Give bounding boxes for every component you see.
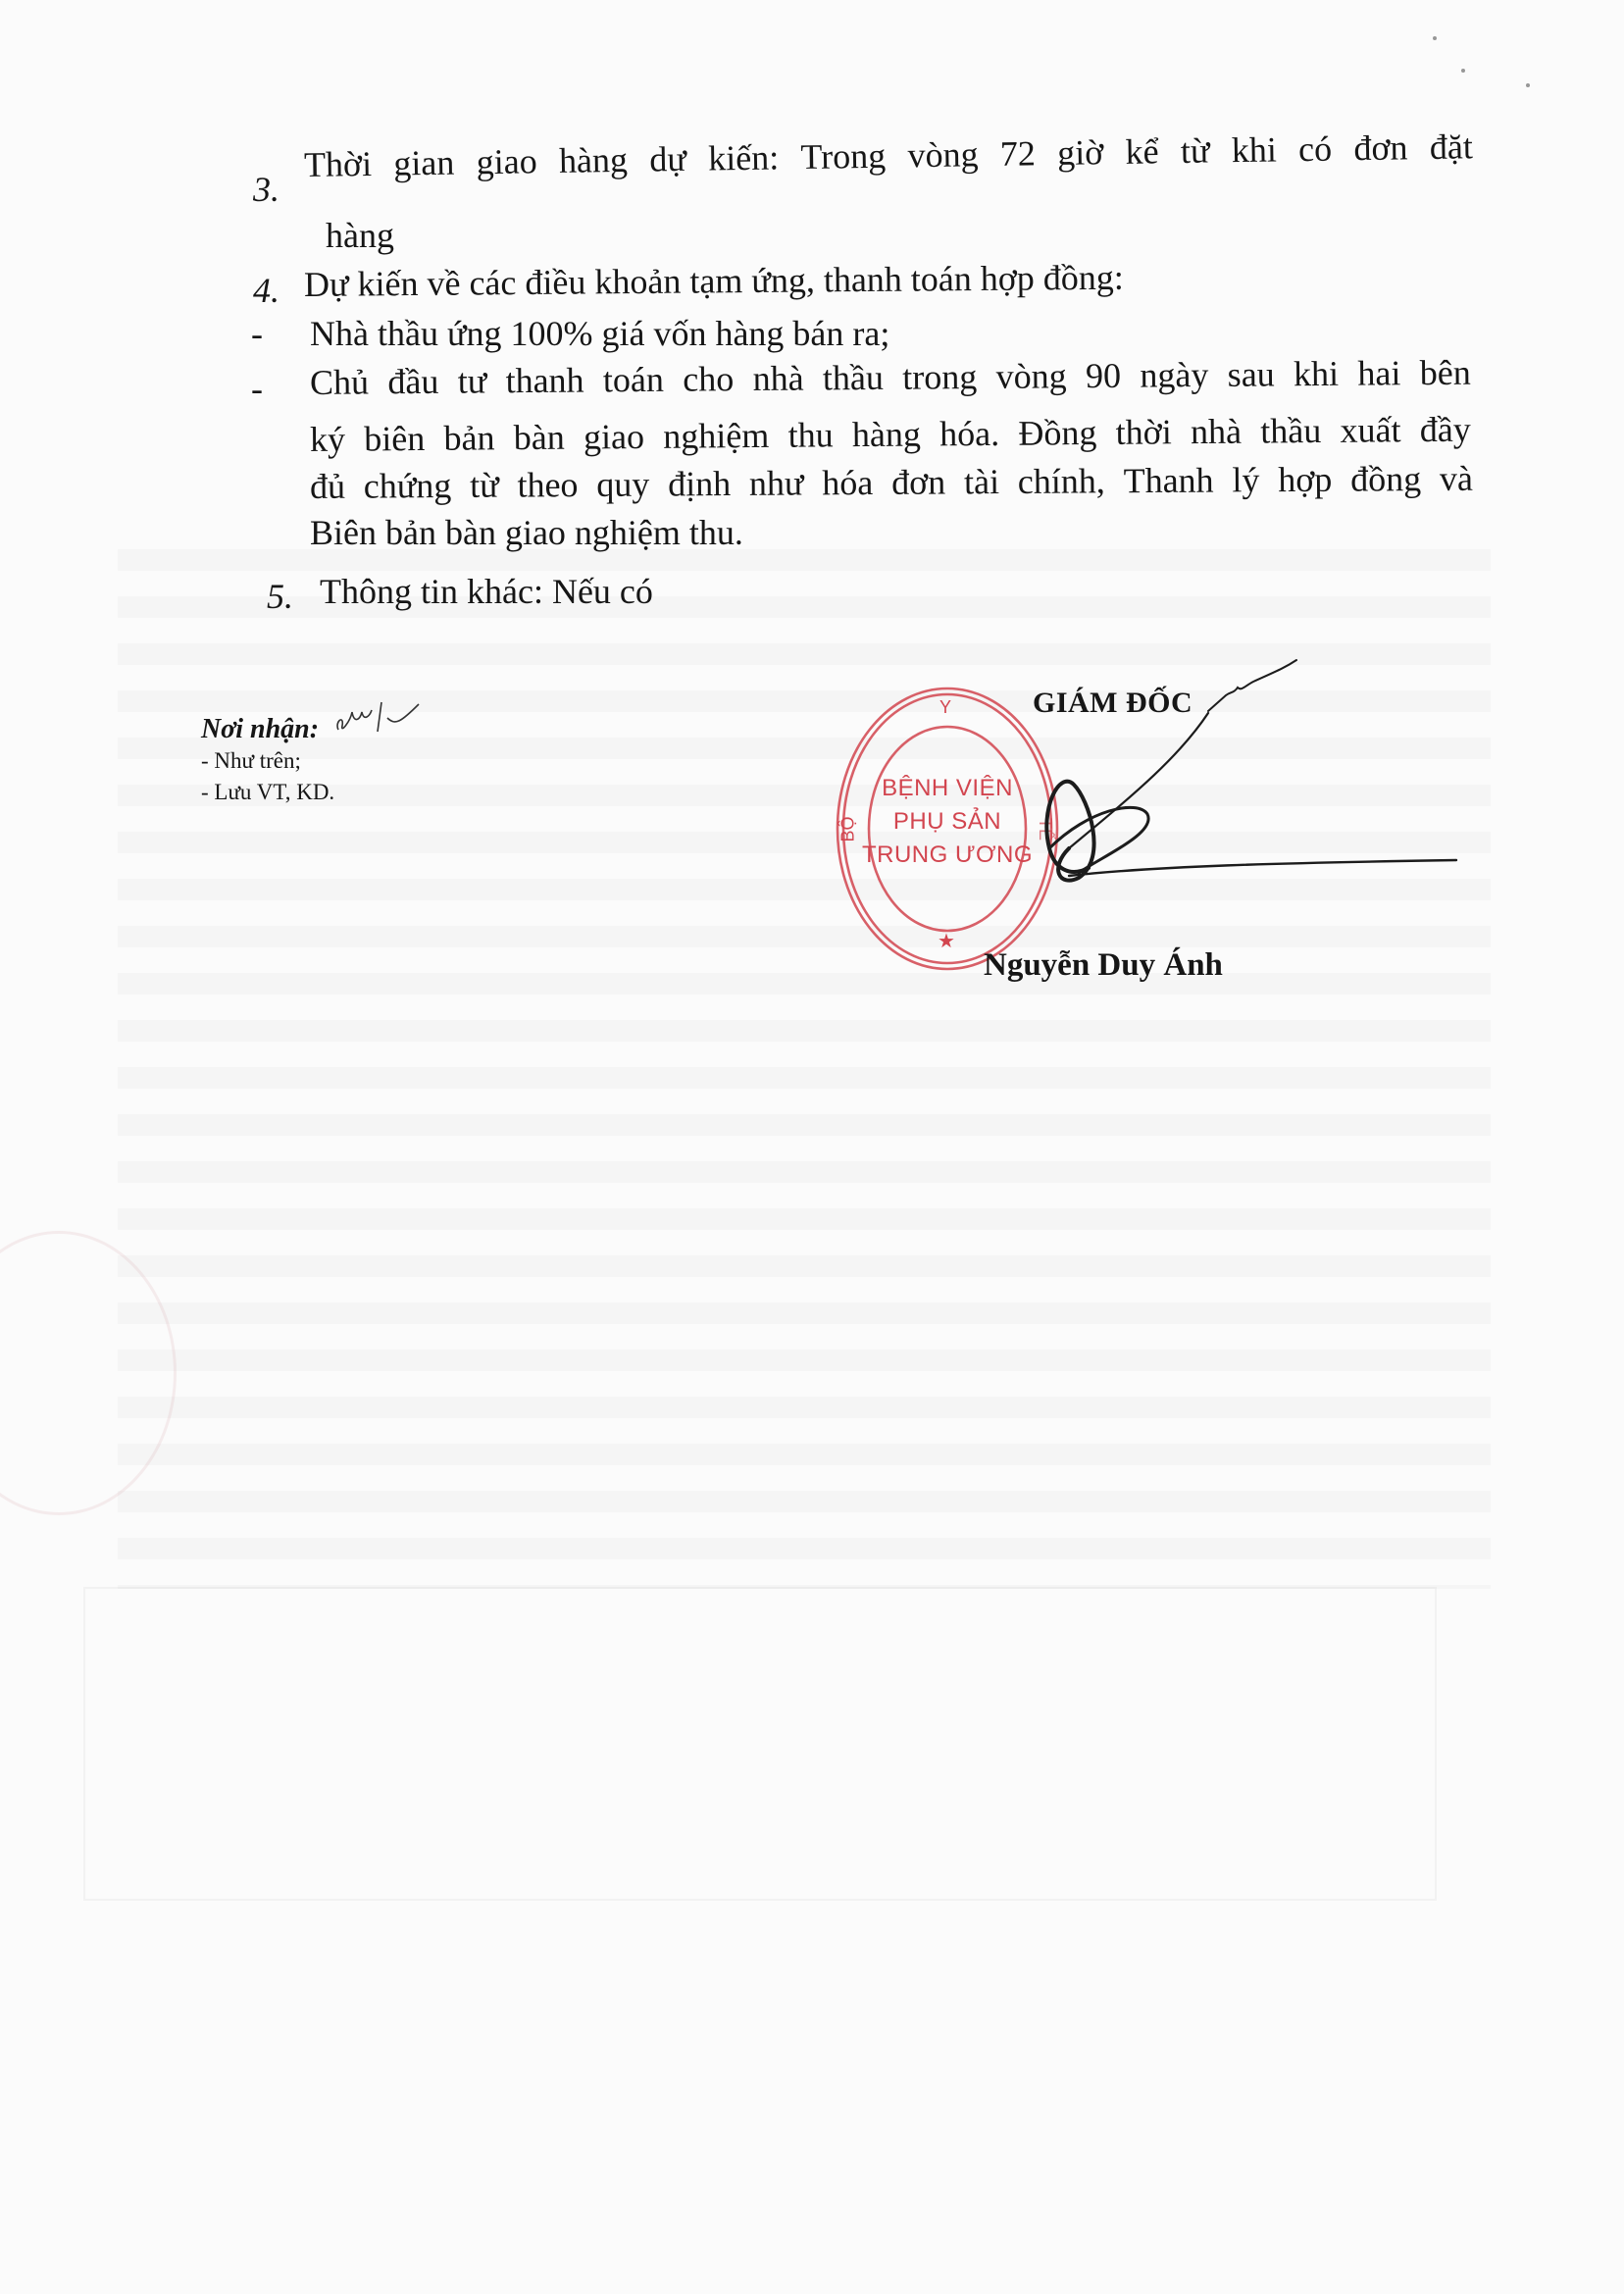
stamp-top-text: Y xyxy=(939,697,951,718)
bullet-marker: - xyxy=(251,371,263,406)
bullet-text-line: Nhà thầu ứng 100% giá vốn hàng bán ra; xyxy=(310,316,889,351)
recipient-item: - Như trên; xyxy=(201,745,334,777)
bullet-marker: - xyxy=(251,316,263,351)
item-number: 4. xyxy=(253,273,279,308)
scan-speck xyxy=(1526,83,1530,87)
initials-signature-icon xyxy=(330,692,429,741)
bullet-text-line: kýbiênbảnbàngiaonghiệmthuhànghóa.Đồngthờ… xyxy=(310,412,1471,457)
bullet-text-line: đủchứngtừtheoquyđịnhnhưhóađơntàichính,Th… xyxy=(310,461,1473,504)
stamp-star-icon: ★ xyxy=(938,929,955,953)
item-text-line: Dự kiến về các điều khoản tạm ứng, thanh… xyxy=(304,260,1124,302)
item-text-line: Thờigiangiaohàngdựkiến:Trongvòng72giờkểt… xyxy=(304,128,1473,182)
item-text-line: Thông tin khác: Nếu có xyxy=(320,574,653,609)
scan-speck xyxy=(1433,36,1437,40)
item-text-line: hàng xyxy=(326,218,394,253)
stamp-left-text: BỘ xyxy=(838,816,859,841)
bullet-text-line: Chủđầutưthanhtoánchonhàthầutrongvòng90ng… xyxy=(310,355,1471,400)
recipient-item: - Lưu VT, KD. xyxy=(201,777,334,808)
bullet-text-line: Biên bản bàn giao nghiệm thu. xyxy=(310,515,743,550)
item-number: 3. xyxy=(253,172,279,207)
item-number: 5. xyxy=(267,579,293,614)
recipients-title: Nơi nhận: xyxy=(201,714,319,744)
recipients-block: Nơi nhận: - Như trên; - Lưu VT, KD. xyxy=(201,714,334,808)
bleed-through-table xyxy=(83,1587,1437,1901)
handwritten-signature-icon xyxy=(981,652,1471,907)
scan-speck xyxy=(1461,69,1465,73)
signatory-name: Nguyễn Duy Ánh xyxy=(984,947,1223,984)
